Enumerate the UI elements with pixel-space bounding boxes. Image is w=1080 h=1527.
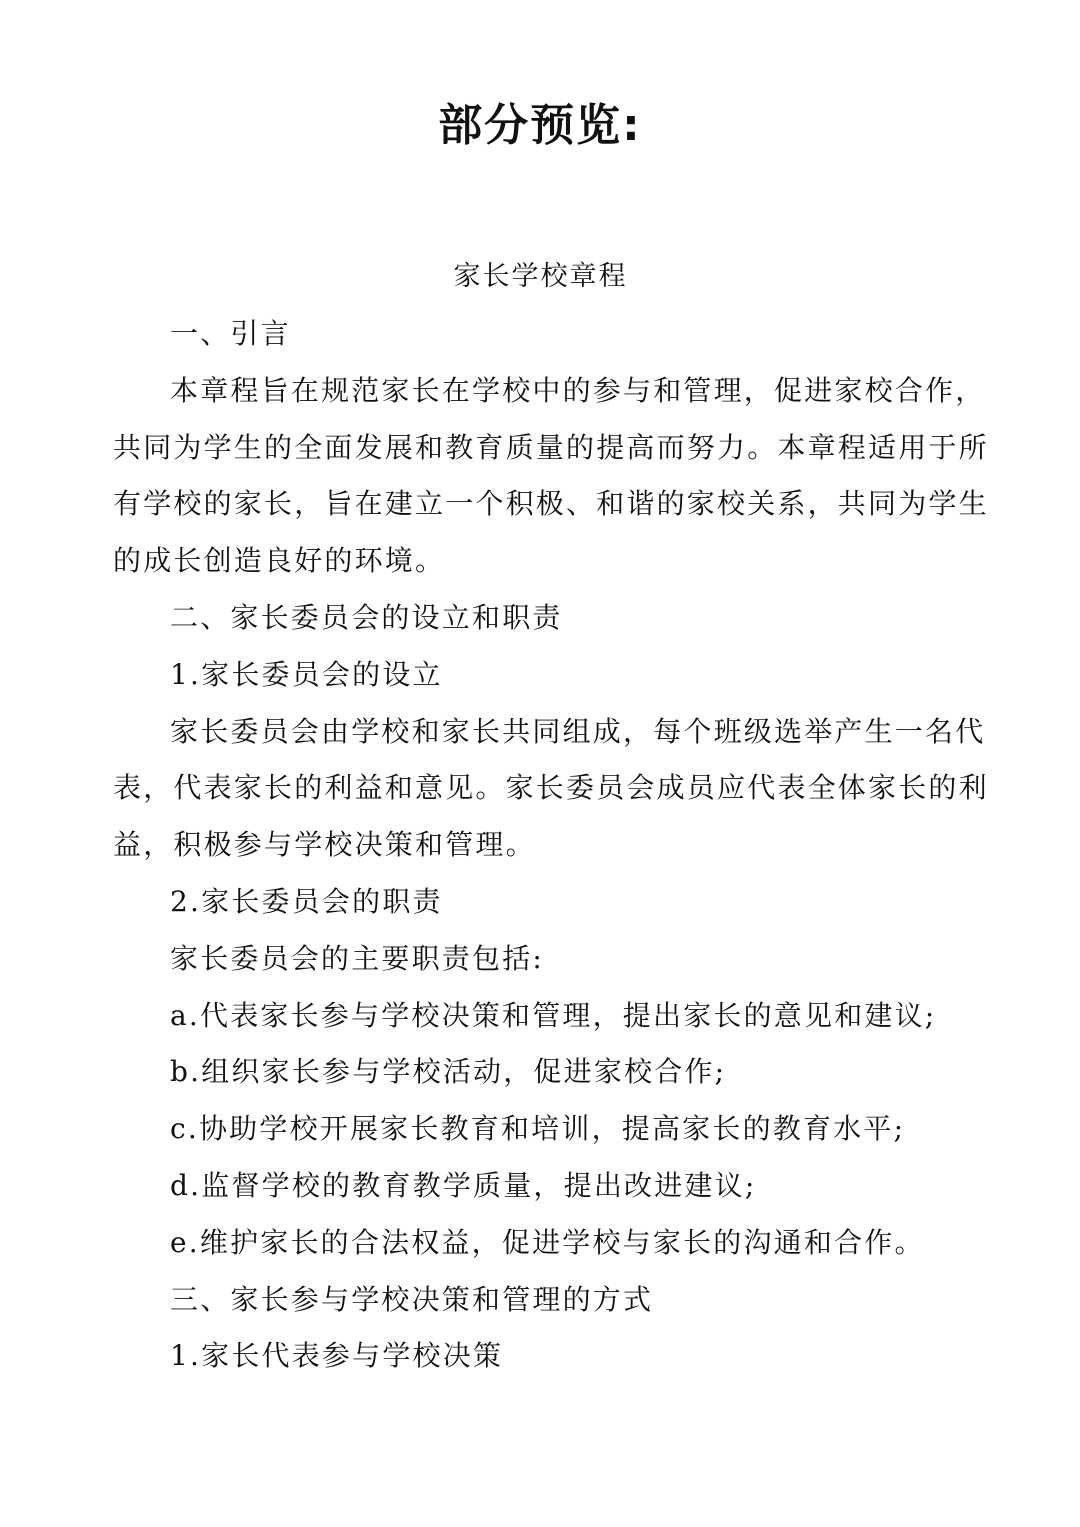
paragraph-line: 共同为学生的全面发展和教育质量的提高而努力。本章程适用于所 — [113, 420, 968, 477]
duties-list: a.代表家长参与学校决策和管理，提出家长的意见和建议; b.组织家长参与学校活动… — [113, 988, 968, 1272]
duty-item-a: a.代表家长参与学校决策和管理，提出家长的意见和建议; — [113, 988, 968, 1045]
subsection-heading-representatives: 1.家长代表参与学校决策 — [113, 1328, 968, 1385]
duties-intro: 家长委员会的主要职责包括: — [113, 931, 968, 988]
paragraph-line: 有学校的家长，旨在建立一个积极、和谐的家校关系，共同为学生 — [113, 476, 968, 533]
duty-item-d: d.监督学校的教育教学质量，提出改进建议; — [113, 1158, 968, 1215]
paragraph-line: 益，积极参与学校决策和管理。 — [113, 817, 968, 874]
duty-item-c: c.协助学校开展家长教育和培训，提高家长的教育水平; — [113, 1101, 968, 1158]
paragraph-committee-setup: 家长委员会由学校和家长共同组成，每个班级选举产生一名代 表，代表家长的利益和意见… — [113, 704, 968, 874]
document-title: 家长学校章程 — [113, 248, 968, 306]
duty-item-b: b.组织家长参与学校活动，促进家校合作; — [113, 1044, 968, 1101]
paragraph-line: 家长委员会由学校和家长共同组成，每个班级选举产生一名代 — [113, 704, 968, 761]
paragraph-line: 表，代表家长的利益和意见。家长委员会成员应代表全体家长的利 — [113, 760, 968, 817]
duty-item-e: e.维护家长的合法权益，促进学校与家长的沟通和合作。 — [113, 1215, 968, 1272]
subsection-heading-committee-duties: 2.家长委员会的职责 — [113, 874, 968, 931]
section-heading-participation: 三、家长参与学校决策和管理的方式 — [113, 1272, 968, 1329]
document-body: 家长学校章程 一、引言 本章程旨在规范家长在学校中的参与和管理，促进家校合作， … — [113, 248, 968, 1385]
paragraph-line: 本章程旨在规范家长在学校中的参与和管理，促进家校合作， — [113, 363, 968, 420]
subsection-heading-committee-setup: 1.家长委员会的设立 — [113, 647, 968, 704]
section-heading-introduction: 一、引言 — [113, 306, 968, 363]
preview-heading: 部分预览: — [0, 96, 1080, 156]
paragraph-introduction: 本章程旨在规范家长在学校中的参与和管理，促进家校合作， 共同为学生的全面发展和教… — [113, 363, 968, 590]
section-heading-committee: 二、家长委员会的设立和职责 — [113, 590, 968, 647]
paragraph-line: 的成长创造良好的环境。 — [113, 533, 968, 590]
